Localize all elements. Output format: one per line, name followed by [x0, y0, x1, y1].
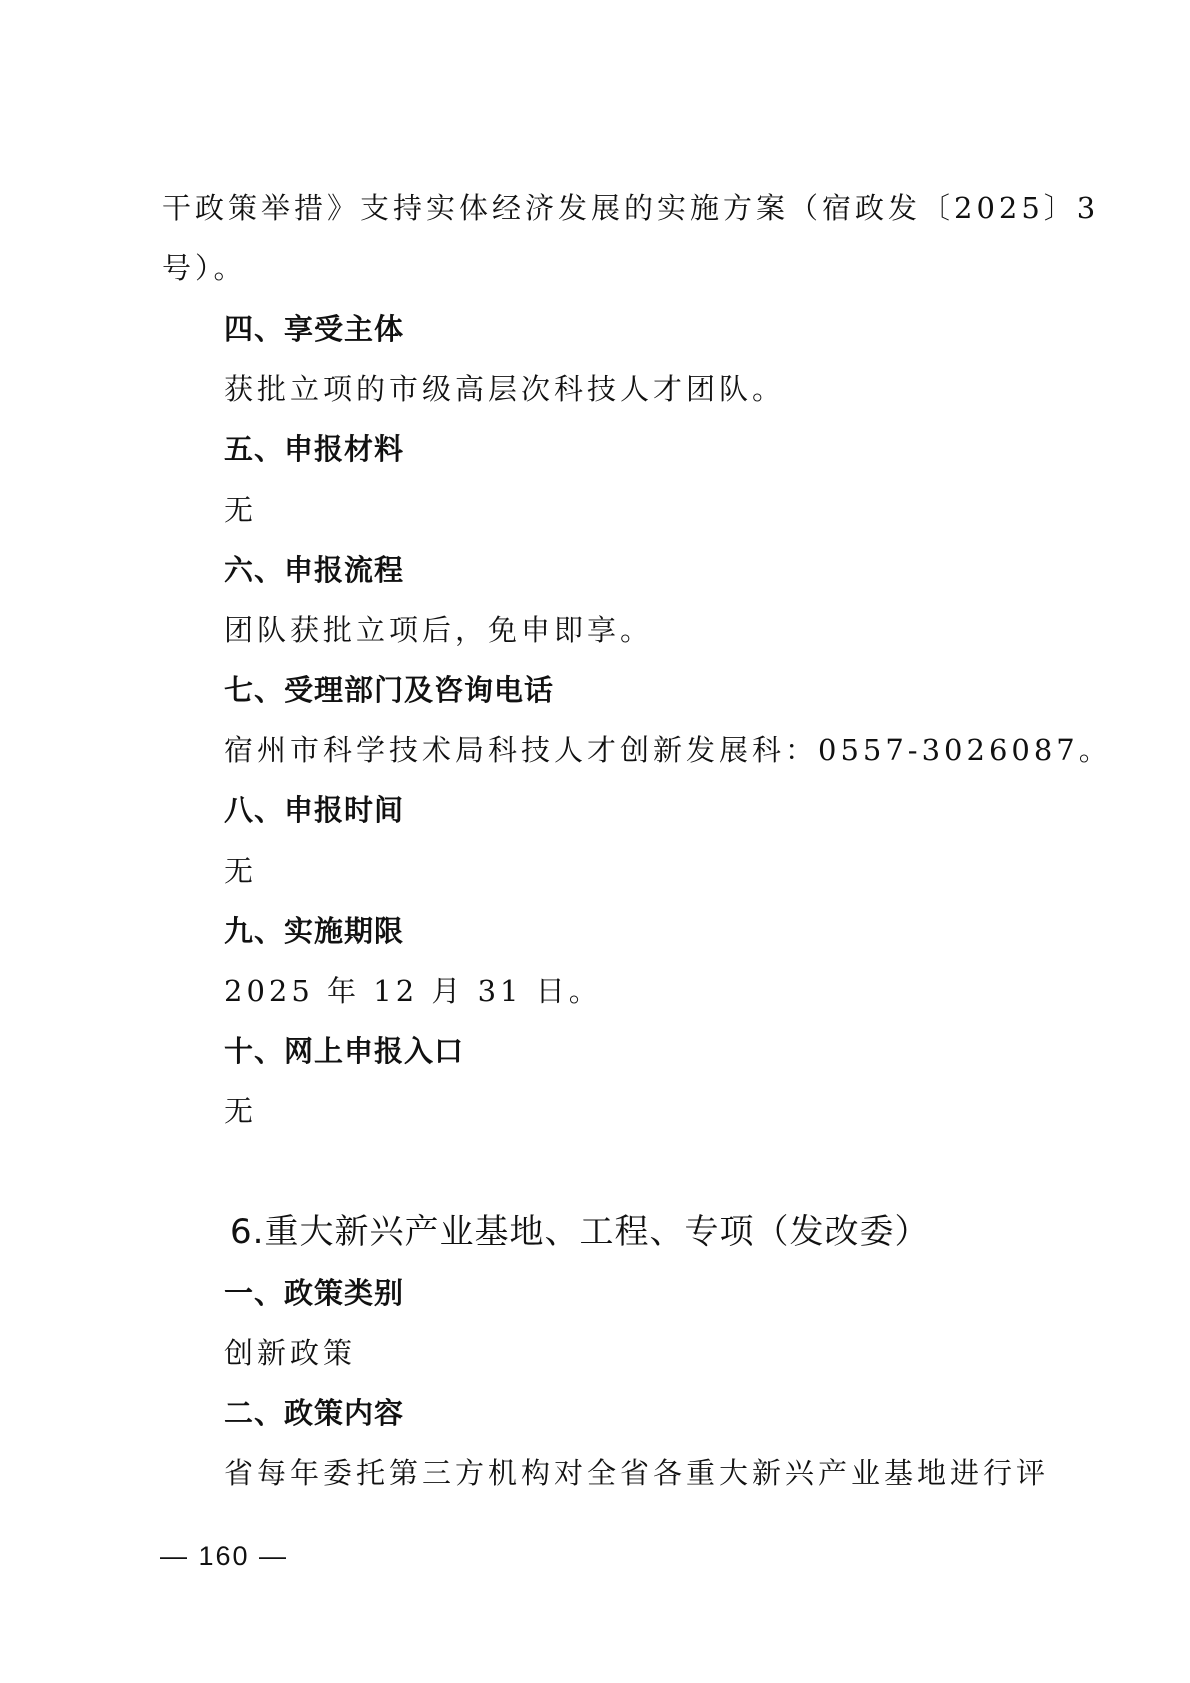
policy-body-2: 省每年委托第三方机构对全省各重大新兴产业基地进行评: [224, 1453, 1049, 1493]
section-body-8: 无: [224, 851, 257, 891]
section-body-5: 无: [224, 490, 257, 530]
paragraph-continuation-1: 干政策举措》支持实体经济发展的实施方案（宿政发〔2025〕3: [162, 188, 1099, 228]
page-number: — 160 —: [160, 1536, 288, 1576]
policy-heading-2: 二、政策内容: [224, 1393, 404, 1433]
policy-body-1: 创新政策: [224, 1333, 356, 1373]
section-body-7: 宿州市科学技术局科技人才创新发展科：0557-3026087。: [224, 730, 1112, 770]
section-heading-8: 八、申报时间: [224, 790, 404, 830]
paragraph-continuation-2: 号）。: [162, 248, 247, 288]
section-heading-5: 五、申报材料: [224, 429, 404, 469]
policy-heading-1: 一、政策类别: [224, 1273, 404, 1313]
section-body-9: 2025 年 12 月 31 日。: [224, 971, 602, 1011]
section-body-10: 无: [224, 1091, 257, 1131]
section-heading-9: 九、实施期限: [224, 911, 404, 951]
section-body-4: 获批立项的市级高层次科技人才团队。: [224, 369, 785, 409]
section-heading-10: 十、网上申报入口: [224, 1031, 464, 1071]
section-heading-6: 六、申报流程: [224, 550, 404, 590]
section-heading-7: 七、受理部门及咨询电话: [224, 670, 554, 710]
section-heading-4: 四、享受主体: [224, 309, 404, 349]
policy-title: 6.重大新兴产业基地、工程、专项（发改委）: [230, 1212, 929, 1252]
section-body-6: 团队获批立项后，免申即享。: [224, 610, 653, 650]
